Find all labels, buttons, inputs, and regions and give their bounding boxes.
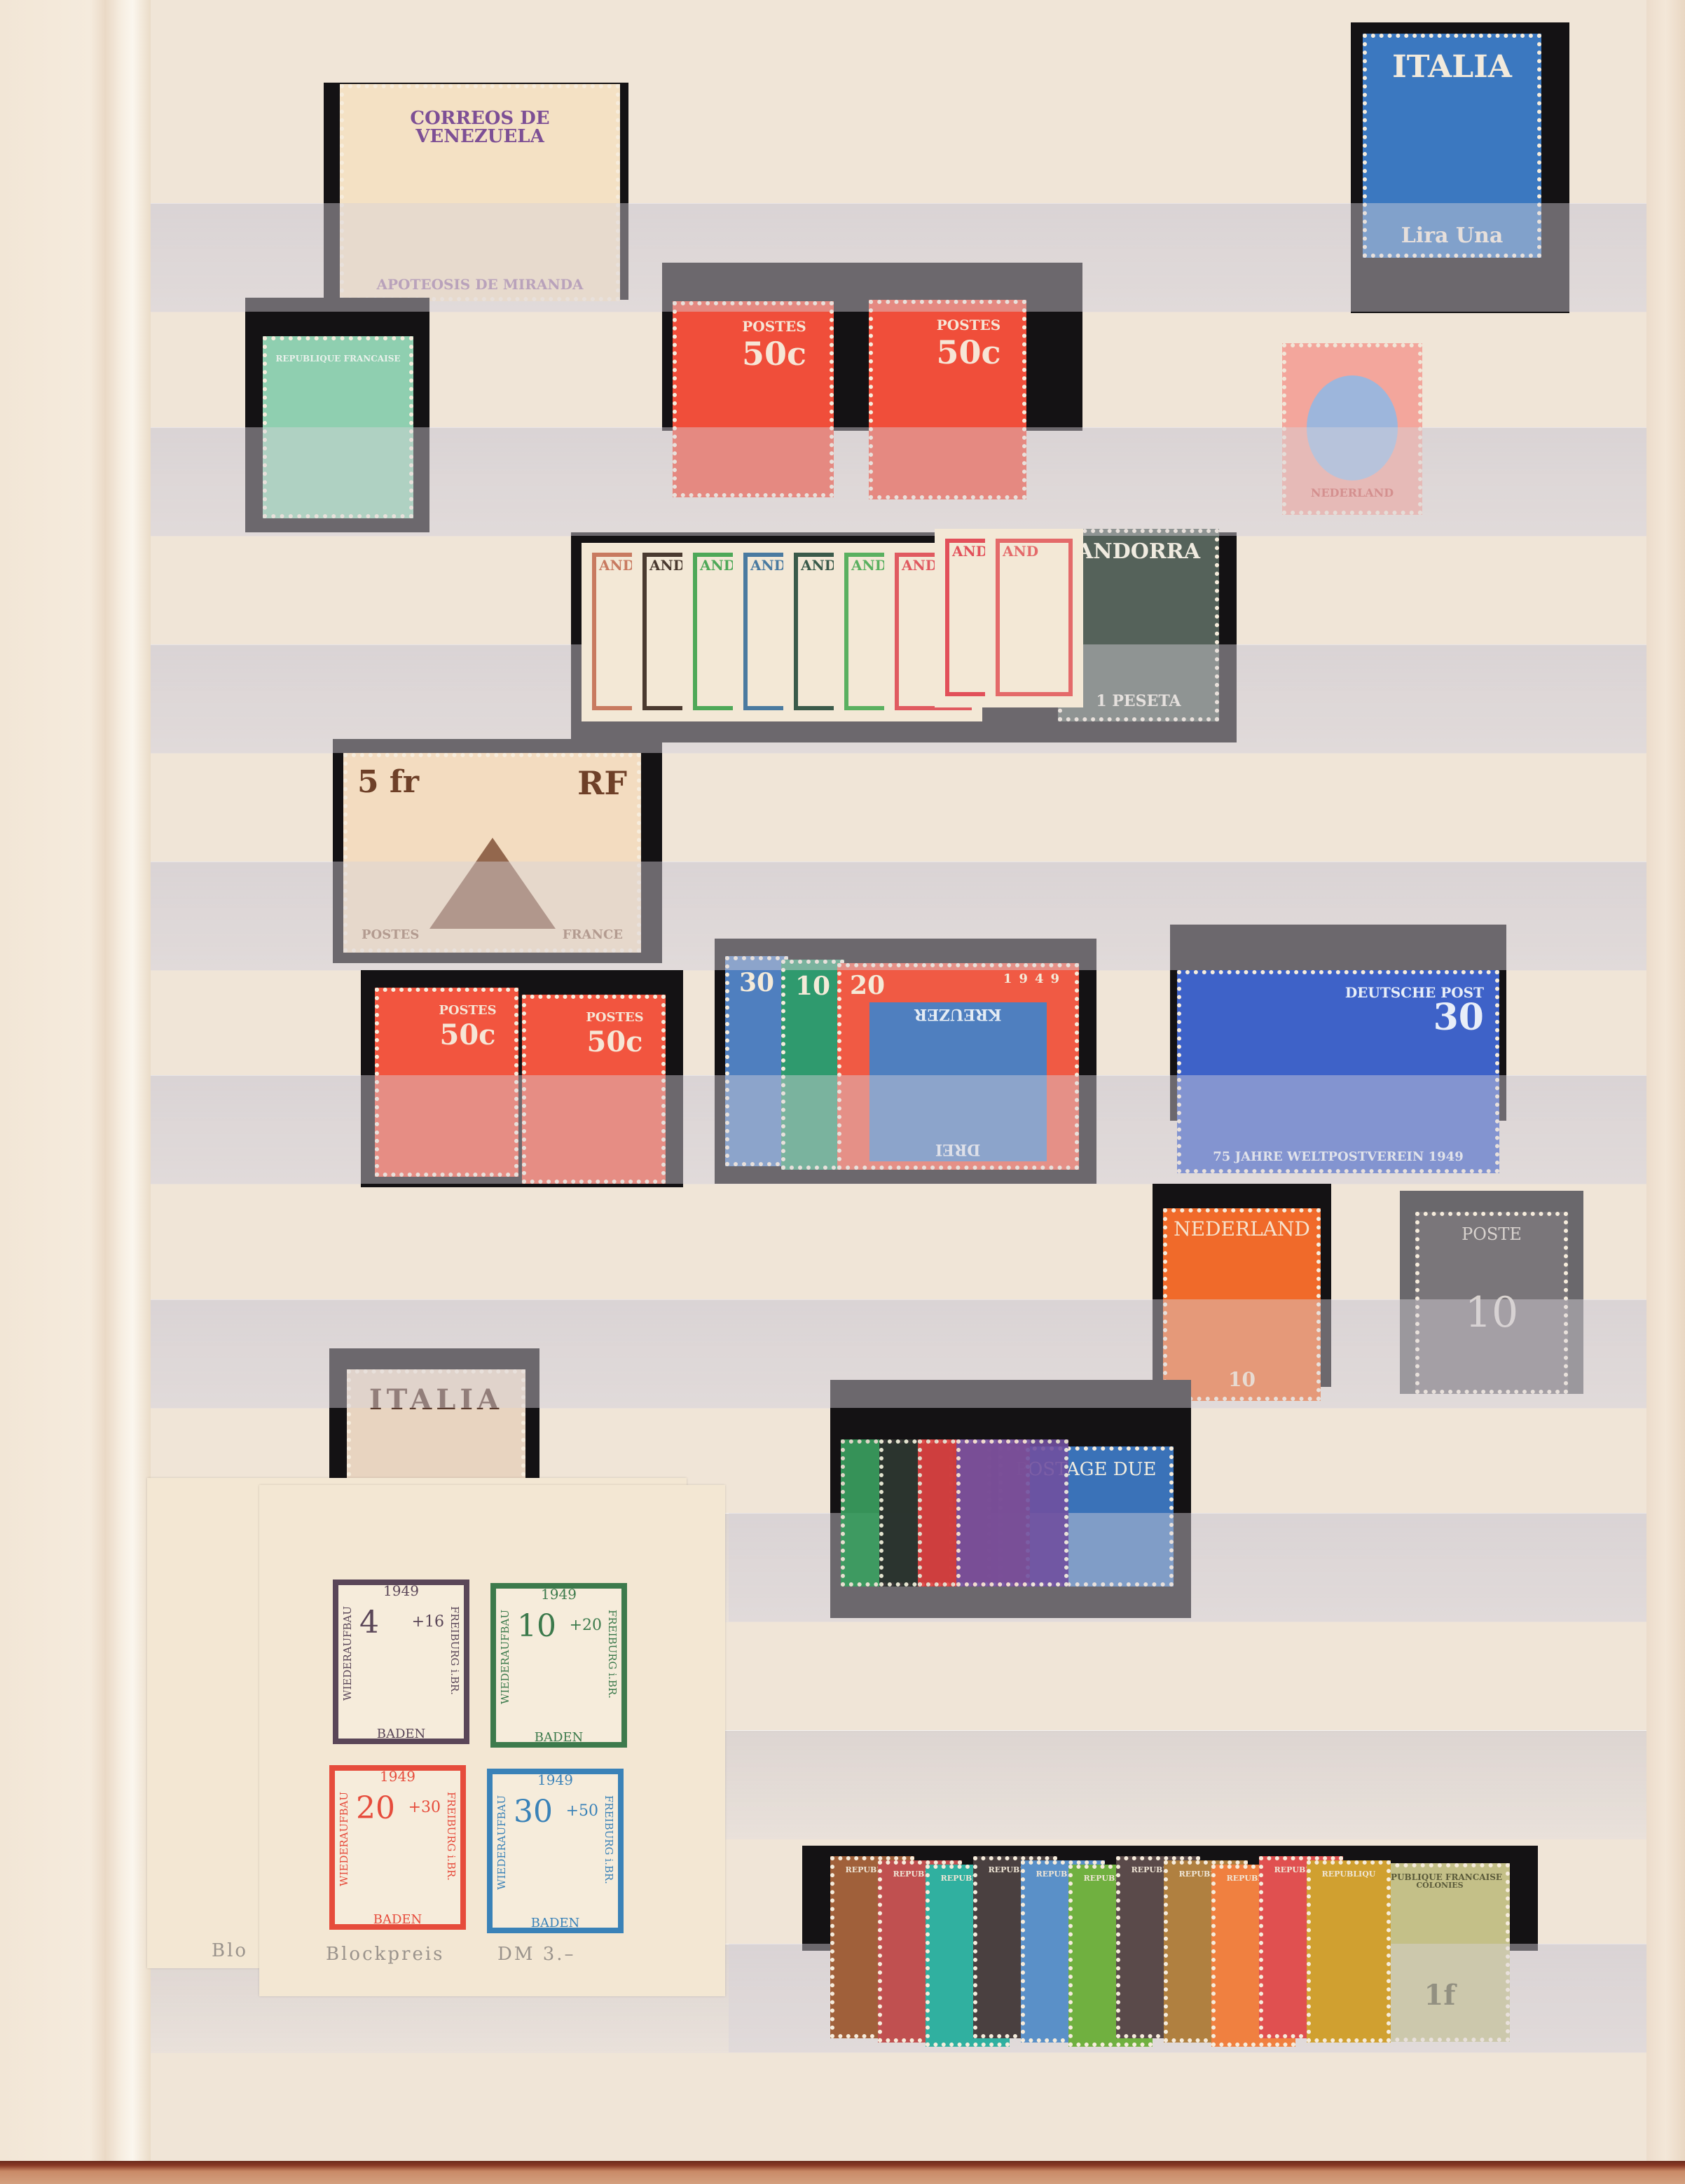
mini-value: 4 [359,1605,379,1640]
stamp-france-paix-1[interactable]: POSTES 50c [673,301,834,497]
stamp-venezuela[interactable]: CORREOS DE VENEZUELA APOTEOSIS DE MIRAND… [340,84,620,301]
souvenir-stamp[interactable]: 1949 4 +16 WIEDERAUFBAU FREIBURG i.BR. B… [333,1580,469,1744]
mini-left-text: WIEDERAUFBAU [338,1792,350,1886]
stamp-value: 10 [795,974,830,999]
table-surface [0,2161,1685,2184]
stamp-text: NEDERLAND [1311,488,1394,499]
stamp-text: COLONIES [1416,1881,1463,1889]
stamp-value: 50c [742,338,806,370]
stamp-italia-eagle[interactable]: ITALIA Lira Una [1363,34,1541,258]
mini-right-text: FREIBURG i.BR. [448,1606,461,1695]
sheet-caption: Blo [212,1940,248,1961]
stamp-france-paix-pair-2[interactable]: POSTES 50c [522,995,666,1184]
mini-right-text: FREIBURG i.BR. [606,1610,619,1699]
mini-value: 30 [514,1794,553,1830]
stamp-text: POSTES [937,318,1000,332]
stamp-value: 50c [586,1028,642,1056]
mini-bottom-text: BADEN [493,1916,618,1930]
mini-year: 1949 [496,1586,621,1603]
stamp-andorra[interactable]: AND [985,529,1083,707]
mini-surcharge: +20 [570,1617,602,1634]
mini-surcharge: +16 [412,1613,444,1631]
stamp-text: POSTE [1462,1226,1522,1243]
mini-right-text: FREIBURG i.BR. [603,1795,615,1884]
stamp-text: REPUBLIQUE FRANCAISE [275,354,400,363]
stamp-text: FRANCE [563,929,623,941]
stamp-text: RF [577,767,627,799]
mini-value: 20 [356,1790,395,1826]
stamp-france-sage[interactable]: POSTE 10 [1415,1212,1568,1394]
stamp-value: 5 fr [357,767,419,799]
album-spine [0,0,151,2161]
stamp-bayern-10[interactable]: 10 [781,960,844,1170]
souvenir-stamp[interactable]: 1949 20 +30 WIEDERAUFBAU FREIBURG i.BR. … [329,1765,466,1930]
stamp-bayern-20[interactable]: 20 1949 KREUZER DREI [837,963,1079,1170]
souvenir-stamp[interactable]: 1949 30 +50 WIEDERAUFBAU FREIBURG i.BR. … [487,1769,624,1933]
stamp-text: APOTEOSIS DE MIRANDA [376,277,583,291]
souvenir-sheet-front[interactable]: 1949 4 +16 WIEDERAUFBAU FREIBURG i.BR. B… [259,1485,725,1996]
stamp-upu-stephan[interactable]: DEUTSCHE POST 30 75 JAHRE WELTPOSTVEREIN… [1177,970,1499,1173]
stamp-value: 1 PESETA [1096,693,1181,709]
stamp-france-semeuse[interactable]: REPUBLIQUE FRANCAISE [263,336,413,518]
stamp-text: POSTES [586,1011,643,1024]
stamp-text: 75 JAHRE WELTPOSTVEREIN 1949 [1213,1151,1463,1163]
stamp-france-paix-pair-1[interactable]: POSTES 50c [375,988,518,1177]
mini-bottom-text: BADEN [496,1730,621,1745]
stamp-value: 10 [1465,1292,1518,1334]
page-edge [1646,0,1685,2161]
stamp-value: 1f [1424,1982,1455,2010]
mini-value: 10 [517,1608,556,1644]
stamp-text: AND [996,539,1073,696]
stamp-text: DREI [935,1142,980,1157]
stamp-italia-used[interactable]: ITALIA [347,1369,525,1485]
stamp-text: NEDERLAND [1174,1219,1310,1239]
stamp-value: 30 [739,970,774,995]
stamp-text: Lira Una [1401,226,1504,247]
mini-bottom-text: BADEN [335,1912,460,1927]
mini-year: 1949 [338,1582,464,1599]
mini-year: 1949 [493,1771,618,1788]
stamp-text: POSTES [439,1004,496,1017]
mini-year: 1949 [335,1768,460,1785]
stamp-text: ANDORRA [1077,541,1200,562]
stamp-text: CORREOS DE VENEZUELA [344,109,616,146]
mini-left-text: WIEDERAUFBAU [341,1606,354,1701]
stamp-nederland-queen[interactable]: NEDERLAND [1282,343,1422,515]
stamp-nederland-10[interactable]: NEDERLAND 10 [1163,1208,1321,1401]
mini-left-text: WIEDERAUFBAU [495,1795,508,1890]
sheet-caption-amount: DM 3.– [497,1944,576,1965]
stamp-bayern-30[interactable]: 30 [725,956,788,1166]
mini-bottom-text: BADEN [338,1727,464,1741]
stamp-year: 1949 [1003,973,1066,998]
stamp-colonies-1f[interactable]: REPUBLIQUE FRANCAISE COLONIES 1f [1370,1863,1510,2042]
mini-surcharge: +30 [408,1799,441,1816]
stamp-value: 50c [936,336,1000,368]
mini-right-text: FREIBURG i.BR. [445,1792,458,1881]
mini-surcharge: +50 [566,1802,598,1820]
souvenir-stamp[interactable]: 1949 10 +20 WIEDERAUFBAU FREIBURG i.BR. … [490,1583,627,1748]
stamp-text: ITALIA [1392,52,1512,83]
stamp-postage-due-small[interactable] [956,1439,1068,1587]
stamp-value: 30 [1433,1000,1484,1036]
mini-left-text: WIEDERAUFBAU [499,1610,511,1704]
stamp-value: 20 [850,973,885,998]
stamp-mont-st-michel[interactable]: 5 fr RF POSTES FRANCE [343,753,641,953]
stamp-colonies[interactable]: REPUBLIQU [1307,1860,1391,2043]
stamp-france-paix-2[interactable]: POSTES 50c [869,300,1026,499]
stamp-text: KREUZER [914,1007,1001,1022]
stamp-text: ITALIA [369,1386,503,1414]
stamp-text: POSTES [362,929,419,941]
stamp-value: 50c [439,1021,495,1049]
stamp-text: POSTES [742,319,806,333]
sheet-caption-price: Blockpreis [326,1944,445,1965]
stamp-text: REPUBLIQU [1322,1870,1376,1878]
stamp-value: 10 [1228,1370,1256,1390]
